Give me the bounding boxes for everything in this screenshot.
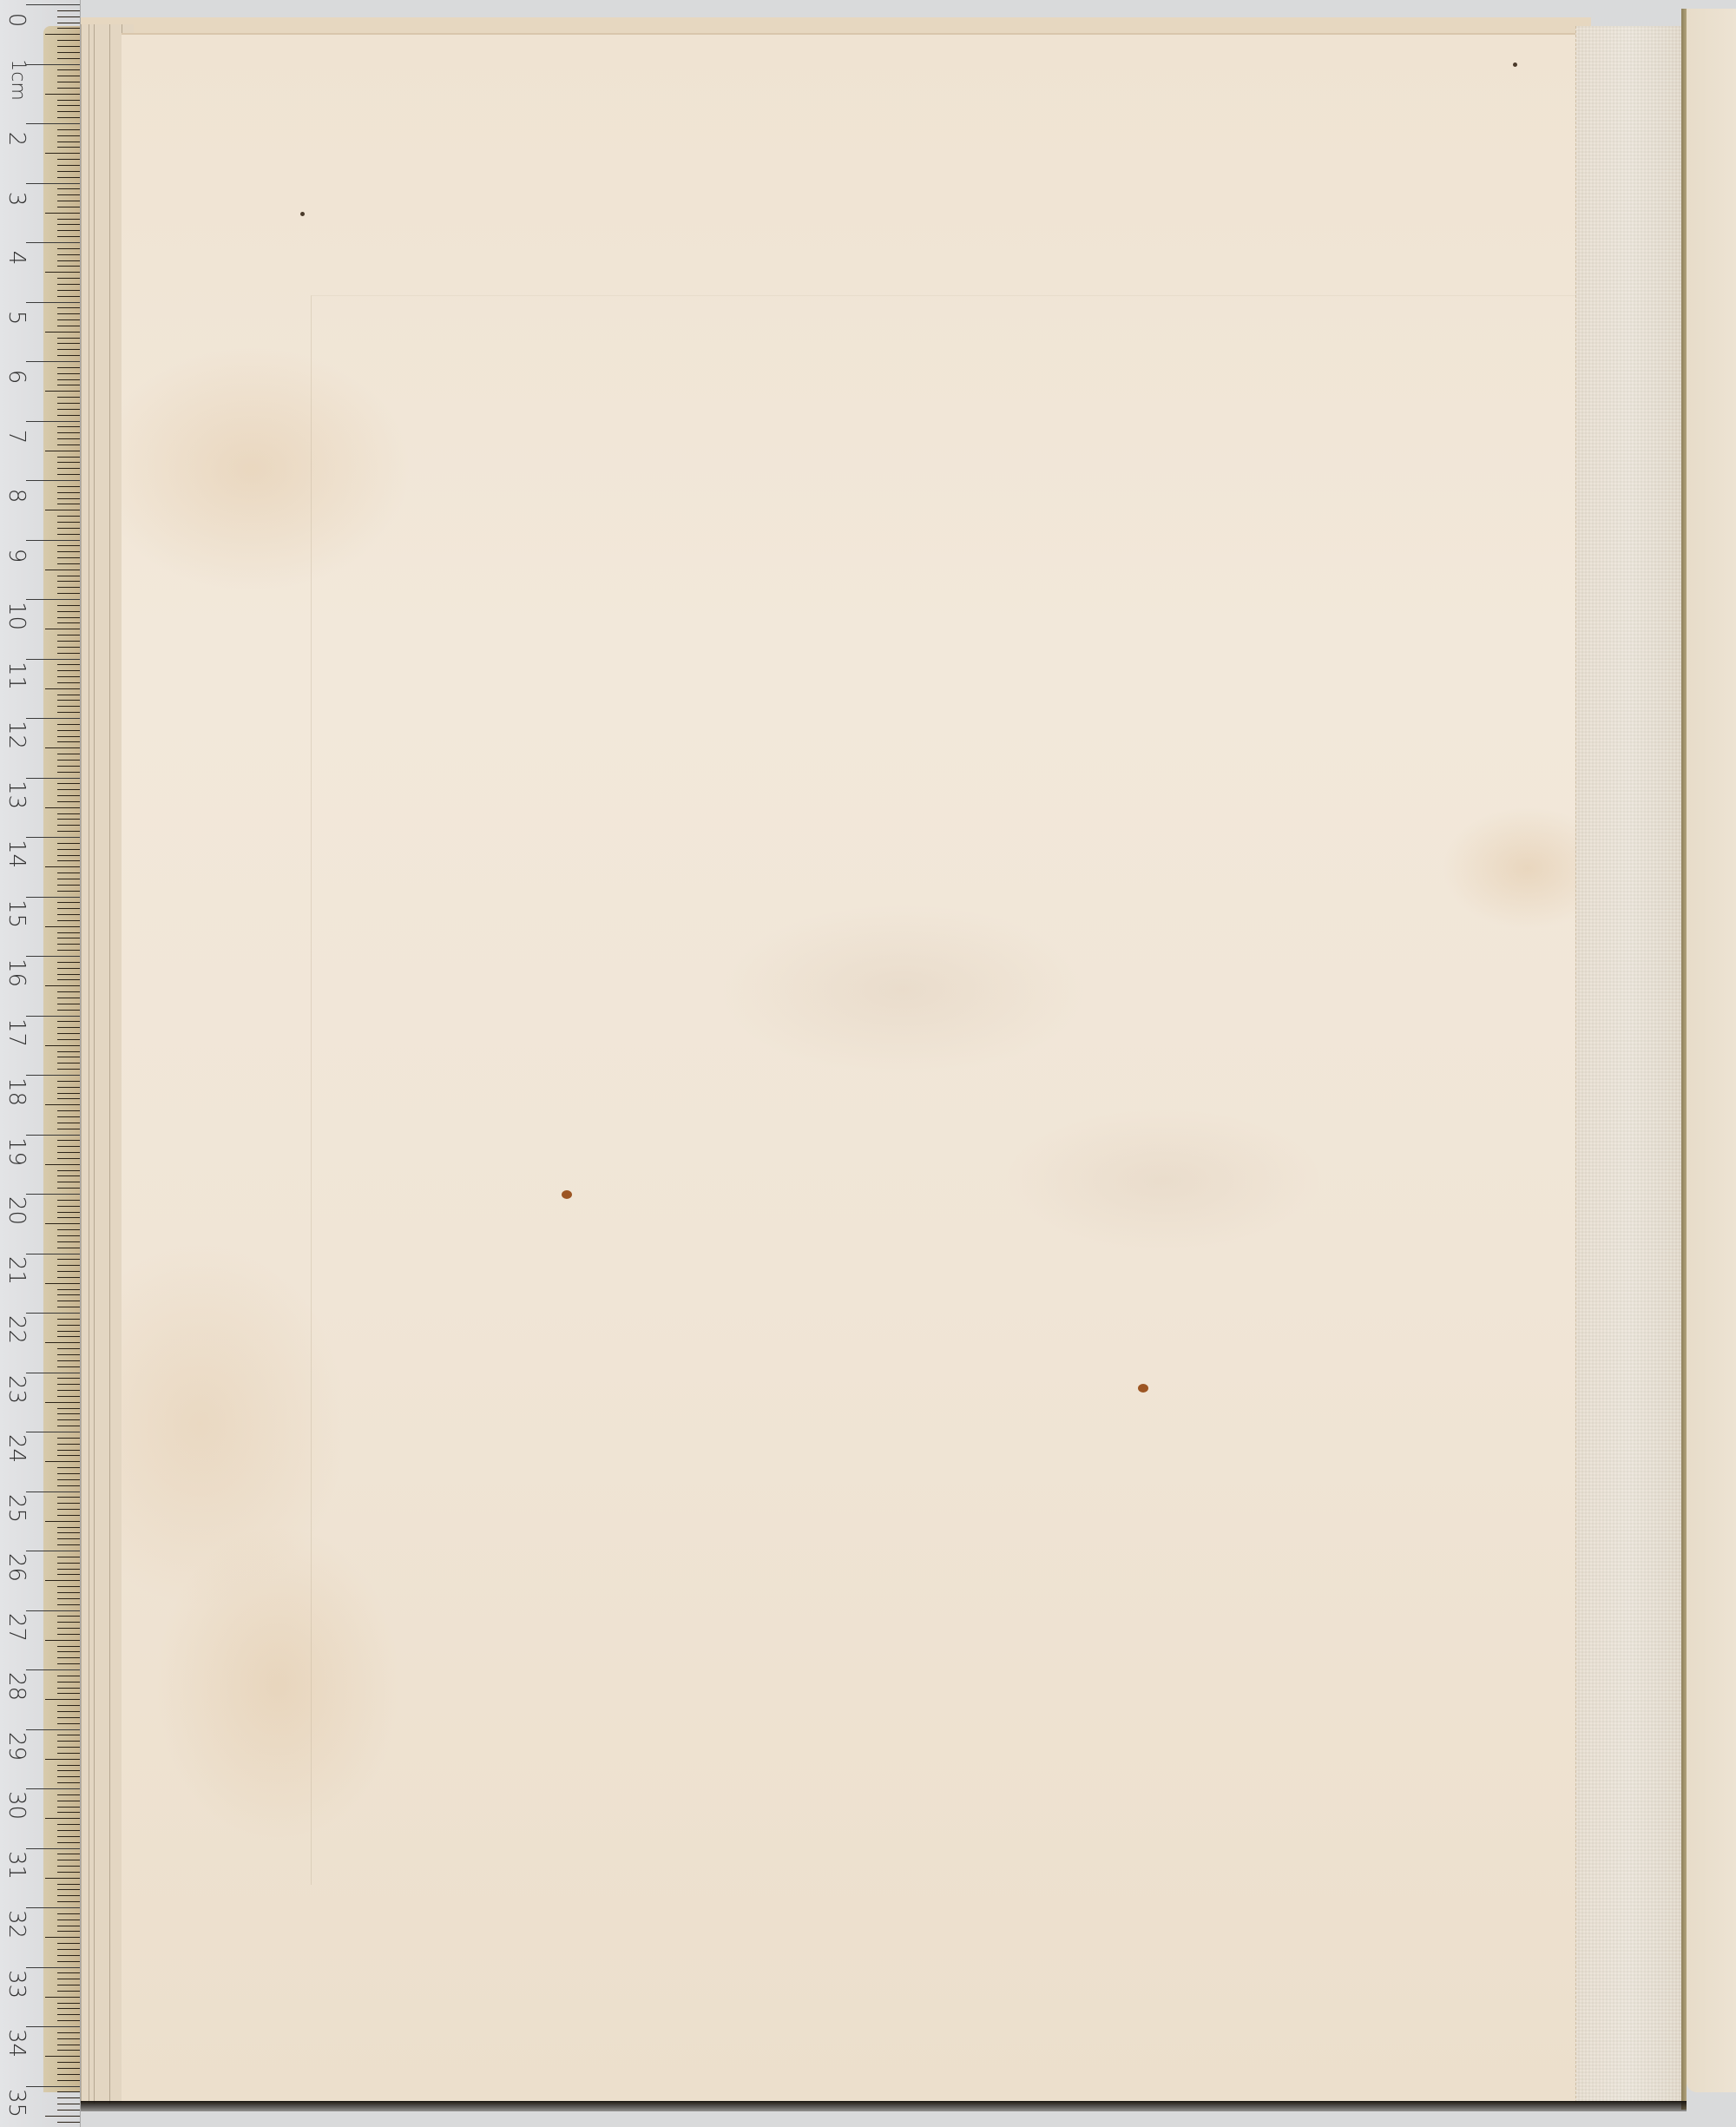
ruler-tick: [26, 1967, 80, 1968]
ruler-tick: [26, 242, 80, 243]
ruler-tick: [57, 860, 80, 861]
ruler-tick: [57, 1319, 80, 1320]
ruler-tick: [26, 1729, 80, 1730]
ruler-tick: [57, 1325, 80, 1326]
ruler-tick: [57, 28, 80, 29]
ruler-tick: [26, 1848, 80, 1849]
ruler-tick: [57, 438, 80, 439]
ruler-tick: [57, 1889, 80, 1890]
ruler-tick: [57, 1782, 80, 1783]
ruler-tick: [57, 724, 80, 725]
linen-binding-strip: [1575, 26, 1682, 2103]
ruler-tick: [57, 1830, 80, 1831]
ruler-cm-label: 1cm: [4, 54, 30, 106]
ruler-tick: [57, 1972, 80, 1973]
ruler-tick: [57, 974, 80, 975]
ruler-tick: [45, 688, 80, 689]
ruler-tick: [57, 16, 80, 17]
ruler-tick: [57, 486, 80, 487]
ruler-tick: [57, 462, 80, 463]
ruler-tick: [57, 426, 80, 427]
ruler-tick: [57, 1438, 80, 1439]
ruler-tick: [26, 1254, 80, 1254]
ruler-tick: [57, 457, 80, 458]
ruler-tick: [57, 2020, 80, 2021]
ruler-tick: [26, 64, 80, 65]
ruler-tick: [57, 950, 80, 951]
ruler-tick: [26, 183, 80, 184]
ruler-tick: [57, 1289, 80, 1290]
ruler-tick: [57, 1241, 80, 1242]
foxing-spot: [1138, 1384, 1148, 1393]
ruler-tick: [57, 147, 80, 148]
ruler-tick: [57, 1170, 80, 1171]
ruler-tick: [57, 135, 80, 136]
measuring-ruler: 01cm234567891011121314151617181920212223…: [0, 0, 81, 2127]
ruler-tick: [57, 647, 80, 648]
ruler-cm-label: 3: [3, 186, 30, 212]
ruler-tick: [57, 676, 80, 677]
ruler-tick: [57, 843, 80, 844]
ruler-tick: [57, 69, 80, 70]
ruler-tick: [57, 1812, 80, 1813]
ruler-tick: [57, 914, 80, 915]
ruler-cm-label: 17: [3, 1018, 30, 1044]
ruler-tick: [57, 177, 80, 178]
ruler-tick: [57, 2045, 80, 2045]
plate-mark-impression: [311, 295, 1631, 1885]
ruler-tick: [57, 902, 80, 903]
ruler-tick: [57, 1717, 80, 1718]
ruler-tick: [57, 58, 80, 59]
ruler-tick: [57, 849, 80, 850]
ruler-tick: [57, 1515, 80, 1516]
page-edge-line: [94, 24, 95, 2104]
ruler-tick: [57, 979, 80, 980]
ruler-tick: [57, 1622, 80, 1623]
ruler-tick: [45, 34, 80, 35]
ruler-cm-label: 15: [3, 899, 30, 925]
ruler-tick: [57, 46, 80, 47]
ruler-tick: [57, 468, 80, 469]
ruler-tick: [57, 1509, 80, 1510]
ruler-tick: [57, 1277, 80, 1278]
ruler-tick: [26, 1610, 80, 1611]
ruler-cm-label: 21: [3, 1256, 30, 1282]
ruler-tick: [57, 891, 80, 892]
ruler-tick: [57, 194, 80, 195]
ruler-tick: [57, 944, 80, 945]
ruler-tick: [57, 319, 80, 320]
ruler-tick: [57, 307, 80, 308]
ruler-tick: [57, 278, 80, 279]
ruler-tick: [57, 1741, 80, 1742]
ruler-tick: [57, 516, 80, 517]
ruler-tick: [57, 664, 80, 665]
ruler-tick: [57, 593, 80, 594]
ruler-tick: [57, 224, 80, 225]
ruler-tick: [57, 409, 80, 410]
ruler-tick: [57, 1116, 80, 1117]
page-edge-line: [89, 24, 89, 2104]
ruler-tick: [26, 480, 80, 481]
ruler-tick: [57, 403, 80, 404]
ruler-cm-label: 16: [3, 958, 30, 984]
ruler-tick: [57, 1206, 80, 1207]
ruler-tick: [57, 1158, 80, 1159]
ruler-tick: [57, 1175, 80, 1176]
ruler-tick: [57, 397, 80, 398]
ruler-tick: [57, 932, 80, 933]
ruler-tick: [57, 1913, 80, 1914]
ruler-tick: [57, 1628, 80, 1629]
ruler-tick: [57, 741, 80, 742]
ruler-tick: [57, 1532, 80, 1533]
ruler-tick: [57, 236, 80, 237]
ruler-tick: [26, 1016, 80, 1017]
ruler-tick: [57, 545, 80, 546]
ruler-cm-label: 19: [3, 1137, 30, 1163]
ruler-tick: [26, 361, 80, 362]
ruler-tick: [57, 938, 80, 938]
ruler-tick: [57, 260, 80, 261]
ruler-tick: [57, 40, 80, 41]
ruler-tick: [57, 2062, 80, 2063]
ruler-tick: [57, 1033, 80, 1034]
ruler-tick: [57, 385, 80, 385]
ruler-tick: [57, 290, 80, 291]
ruler-tick: [57, 2074, 80, 2075]
ruler-tick: [26, 599, 80, 600]
ruler-tick: [57, 355, 80, 356]
ruler-tick: [57, 1069, 80, 1070]
ruler-tick: [45, 1997, 80, 1998]
ruler-tick: [57, 522, 80, 523]
ruler-tick: [57, 171, 80, 172]
ruler-tick: [57, 2068, 80, 2069]
ruler-tick: [57, 1657, 80, 1658]
ruler-tick: [57, 1426, 80, 1426]
ruler-tick: [57, 1676, 80, 1676]
ruler-tick: [57, 23, 80, 23]
ruler-tick: [57, 1366, 80, 1367]
ruler-tick: [57, 635, 80, 635]
ruler-cm-label: 13: [3, 780, 30, 807]
ruler-tick: [57, 1235, 80, 1236]
ruler-tick: [57, 587, 80, 588]
ruler-tick: [57, 207, 80, 207]
ruler-tick: [57, 1010, 80, 1011]
ruler-tick: [57, 1087, 80, 1088]
ruler-tick: [57, 1348, 80, 1349]
ruler-tick: [57, 82, 80, 82]
ruler-tick: [45, 1045, 80, 1046]
ruler-tick: [26, 1669, 80, 1670]
ruler-tick: [57, 1776, 80, 1777]
ruler-tick: [57, 343, 80, 344]
ruler-tick: [57, 1991, 80, 1992]
ruler-tick: [57, 563, 80, 564]
ruler-tick: [57, 534, 80, 535]
ruler-tick: [57, 968, 80, 969]
ruler-cm-label: 35: [3, 2089, 30, 2115]
ruler-tick: [57, 432, 80, 433]
ruler-tick: [57, 2050, 80, 2051]
ruler-tick: [45, 1759, 80, 1760]
ruler-tick: [57, 695, 80, 695]
ruler-tick: [45, 1342, 80, 1343]
ruler-tick: [57, 165, 80, 166]
ruler-cm-label: 28: [3, 1672, 30, 1698]
ruler-tick: [57, 831, 80, 832]
ruler-tick: [57, 1110, 80, 1111]
ruler-tick: [45, 1223, 80, 1224]
ruler-tick: [57, 76, 80, 76]
ruler-tick: [45, 332, 80, 333]
ruler-tick: [57, 52, 80, 53]
ruler-tick: [57, 653, 80, 654]
ruler-tick: [57, 1901, 80, 1902]
ruler-tick: [26, 897, 80, 898]
ruler-tick: [45, 510, 80, 510]
ruler-tick: [57, 111, 80, 112]
ruler-tick: [57, 1146, 80, 1147]
ruler-tick: [57, 730, 80, 731]
ruler-tick: [57, 1563, 80, 1564]
ruler-tick: [57, 2003, 80, 2004]
ruler-tick: [26, 1492, 80, 1492]
ruler-cm-label: 22: [3, 1315, 30, 1341]
ruler-tick: [57, 10, 80, 11]
ruler-tick: [57, 1093, 80, 1094]
ruler-tick: [57, 1985, 80, 1985]
ruler-tick: [57, 1413, 80, 1414]
ruler-tick: [57, 188, 80, 189]
ruler-tick: [57, 2097, 80, 2098]
ruler-tick: [57, 1604, 80, 1605]
ruler-tick: [57, 1943, 80, 1944]
ruler-tick: [57, 783, 80, 784]
ruler-cm-label: 8: [3, 483, 30, 509]
ruler-tick: [57, 617, 80, 618]
ruler-tick: [57, 1527, 80, 1528]
ruler-tick: [57, 795, 80, 796]
ruler-tick: [57, 1004, 80, 1004]
ruler-tick: [57, 284, 80, 285]
ruler-tick: [26, 421, 80, 422]
ruler-tick: [57, 1895, 80, 1896]
ruler-tick: [57, 1801, 80, 1801]
ruler-tick: [57, 1747, 80, 1748]
ruler-cm-label: 18: [3, 1077, 30, 1103]
ruler-tick: [57, 2122, 80, 2123]
ruler-tick: [26, 659, 80, 660]
ruler-cm-label: 31: [3, 1851, 30, 1877]
ruler-tick: [57, 1444, 80, 1445]
ruler-tick: [57, 1301, 80, 1301]
ruler-tick: [57, 1872, 80, 1873]
ruler-tick: [57, 1569, 80, 1570]
ruler-tick: [57, 1711, 80, 1712]
ruler-tick: [57, 1824, 80, 1825]
ruler-tick: [57, 230, 80, 231]
ruler-tick: [57, 1021, 80, 1022]
ruler-tick: [57, 1129, 80, 1129]
ruler-tick: [57, 1794, 80, 1795]
ruler-cm-label: 20: [3, 1196, 30, 1222]
ruler-tick: [57, 2080, 80, 2081]
ruler-tick: [57, 998, 80, 998]
ruler-tick: [45, 2116, 80, 2117]
ruler-tick: [57, 1663, 80, 1664]
ruler-tick: [57, 682, 80, 683]
ruler-tick: [57, 1926, 80, 1926]
ruler-tick: [57, 105, 80, 106]
ruler-tick: [57, 528, 80, 529]
ruler-tick: [26, 1135, 80, 1136]
ruler-tick: [57, 1212, 80, 1213]
ruler-tick: [57, 1854, 80, 1854]
ruler-tick: [45, 866, 80, 867]
ruler-tick: [26, 302, 80, 303]
ruler-tick: [57, 1574, 80, 1575]
ruler-tick: [57, 700, 80, 701]
ruler-tick: [57, 444, 80, 445]
ruler-tick: [57, 1081, 80, 1082]
ruler-tick: [26, 2026, 80, 2027]
ruler-tick: [57, 557, 80, 558]
ruler-tick: [45, 747, 80, 748]
ruler-tick: [57, 1098, 80, 1099]
ruler-tick: [57, 1770, 80, 1771]
ruler-cm-label: 34: [3, 2029, 30, 2055]
ruler-tick: [57, 117, 80, 118]
ruler-tick: [57, 641, 80, 642]
ruler-tick: [57, 1616, 80, 1617]
ruler-tick: [57, 760, 80, 761]
ruler-tick: [57, 766, 80, 767]
ruler-tick: [57, 100, 80, 101]
ruler-tick: [57, 1693, 80, 1694]
ruler-tick: [57, 789, 80, 790]
ruler-cm-label: 14: [3, 840, 30, 866]
ruler-tick: [45, 153, 80, 154]
ruler-tick: [26, 540, 80, 541]
ruler-tick: [57, 1705, 80, 1706]
ruler-tick: [57, 1188, 80, 1189]
ruler-cm-label: 2: [3, 126, 30, 152]
ruler-tick: [57, 1765, 80, 1766]
ruler-tick: [45, 985, 80, 986]
ruler-tick: [45, 391, 80, 392]
ruler-tick: [26, 4, 80, 5]
ruler-tick: [57, 736, 80, 737]
ruler-tick: [57, 129, 80, 130]
ruler-tick: [45, 1461, 80, 1462]
ruler-tick: [57, 373, 80, 374]
ruler-tick: [57, 1123, 80, 1123]
ruler-tick: [57, 326, 80, 326]
ruler-tick: [26, 778, 80, 779]
page-bottom-shadow: [81, 2101, 1687, 2111]
ruler-cm-label: 29: [3, 1732, 30, 1758]
ruler-cm-label: 10: [3, 602, 30, 628]
ruler-tick: [45, 570, 80, 570]
blank-page: [122, 33, 1580, 2104]
ruler-tick: [57, 1473, 80, 1474]
ruler-tick: [57, 670, 80, 671]
ruler-cm-label: 24: [3, 1434, 30, 1460]
ruler-tick: [45, 94, 80, 95]
ruler-tick: [57, 819, 80, 820]
ruler-tick: [57, 1634, 80, 1635]
ruler-cm-label: 0: [3, 7, 30, 33]
ruler-tick: [57, 1027, 80, 1028]
ruler-tick: [45, 1818, 80, 1819]
foxing-spot: [562, 1190, 572, 1199]
ruler-tick: [57, 576, 80, 576]
ruler-tick: [57, 1682, 80, 1683]
ruler-tick: [57, 879, 80, 879]
ruler-tick: [57, 415, 80, 416]
ruler-tick: [57, 1396, 80, 1397]
ruler-tick: [45, 213, 80, 214]
ruler-cm-label: 25: [3, 1494, 30, 1520]
ruler-cm-label: 27: [3, 1613, 30, 1639]
ruler-tick: [57, 1294, 80, 1295]
ruler-tick: [57, 1039, 80, 1040]
ruler-tick: [57, 581, 80, 582]
ruler-cm-label: 6: [3, 364, 30, 390]
ruler-tick: [57, 1336, 80, 1337]
ruler-tick: [26, 1373, 80, 1373]
ruler-tick: [57, 1497, 80, 1498]
ruler-tick: [57, 159, 80, 160]
ruler-tick: [57, 1259, 80, 1260]
dust-speck: [1513, 63, 1517, 67]
ruler-tick: [26, 1075, 80, 1076]
ruler-tick: [57, 1455, 80, 1456]
ruler-tick: [26, 1551, 80, 1551]
ruler-tick: [57, 1360, 80, 1361]
ruler-tick: [45, 1104, 80, 1105]
ruler-tick: [57, 1557, 80, 1557]
ruler-tick: [57, 1866, 80, 1867]
ruler-tick: [57, 855, 80, 856]
ruler-tick: [45, 451, 80, 451]
ruler-tick: [57, 296, 80, 297]
ruler-tick: [26, 123, 80, 124]
ruler-tick: [57, 801, 80, 802]
ruler-tick: [57, 367, 80, 368]
ruler-tick: [57, 338, 80, 339]
dust-speck: [300, 212, 305, 216]
ruler-tick: [57, 1331, 80, 1332]
ruler-tick: [26, 837, 80, 838]
ruler-tick: [45, 1521, 80, 1522]
ruler-tick: [57, 1485, 80, 1486]
ruler-tick: [57, 1807, 80, 1808]
ruler-tick: [57, 1884, 80, 1885]
ruler-tick: [57, 474, 80, 475]
ruler-tick: [45, 1937, 80, 1938]
ruler-tick: [57, 622, 80, 623]
ruler-tick: [57, 254, 80, 255]
ruler-tick: [57, 498, 80, 499]
ruler-tick: [57, 551, 80, 552]
ruler-tick: [57, 611, 80, 612]
ruler-tick: [45, 1699, 80, 1700]
